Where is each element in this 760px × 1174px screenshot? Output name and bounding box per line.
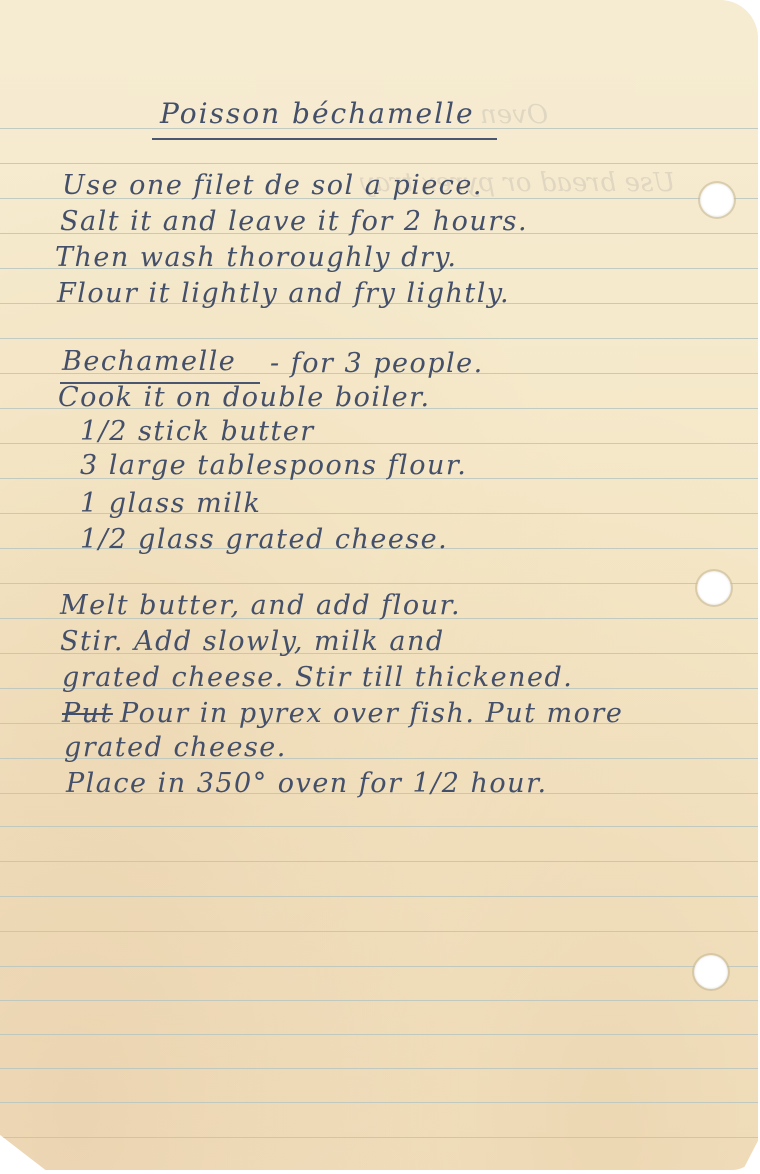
binder-hole	[697, 571, 731, 605]
instruction-line-6: Place in 350° oven for 1/2 hour.	[66, 770, 548, 797]
prep-line-1: Use one filet de sol a piece.	[62, 172, 483, 199]
instruction-line-3: grated cheese. Stir till thickened.	[62, 664, 573, 691]
ingredient-cheese: 1/2 glass grated cheese.	[80, 526, 448, 553]
bleed-through-text: Oven	[480, 100, 548, 130]
bechamel-heading-suffix: - for 3 people.	[270, 350, 484, 377]
binder-hole	[700, 183, 734, 217]
ruled-line	[0, 861, 758, 862]
bechamel-method: Cook it on double boiler.	[58, 384, 431, 411]
prep-line-2: Salt it and leave it for 2 hours.	[60, 208, 528, 235]
ruled-line	[0, 163, 758, 164]
recipe-title: Poisson béchamelle	[160, 100, 475, 128]
ruled-line	[0, 583, 758, 584]
ingredient-flour: 3 large tablespoons flour.	[80, 452, 467, 479]
ruled-line	[0, 338, 758, 339]
instruction-line-4: Pour in pyrex over fish. Put more	[120, 700, 623, 727]
ruled-line	[0, 931, 758, 932]
binder-hole	[694, 955, 728, 989]
ruled-line	[0, 1102, 758, 1103]
ruled-line	[0, 1000, 758, 1001]
ruled-line	[0, 1068, 758, 1069]
recipe-card: Oven Use bread or pyrex tray Poisson béc…	[0, 0, 758, 1170]
ruled-line	[0, 966, 758, 967]
title-underline	[152, 138, 497, 140]
prep-line-3: Then wash thoroughly dry.	[55, 244, 458, 271]
bechamel-heading: Bechamelle	[62, 348, 236, 375]
ingredient-butter: 1/2 stick butter	[80, 418, 315, 445]
struck-word: Put	[62, 700, 113, 727]
ruled-line	[0, 1137, 758, 1138]
ruled-line	[0, 1034, 758, 1035]
ruled-line	[0, 896, 758, 897]
instruction-line-5: grated cheese.	[64, 734, 287, 761]
instruction-line-2: Stir. Add slowly, milk and	[60, 628, 445, 655]
ingredient-milk: 1 glass milk	[80, 490, 261, 517]
prep-line-4: Flour it lightly and fry lightly.	[57, 280, 510, 307]
instruction-line-1: Melt butter, and add flour.	[60, 592, 461, 619]
ruled-line	[0, 826, 758, 827]
